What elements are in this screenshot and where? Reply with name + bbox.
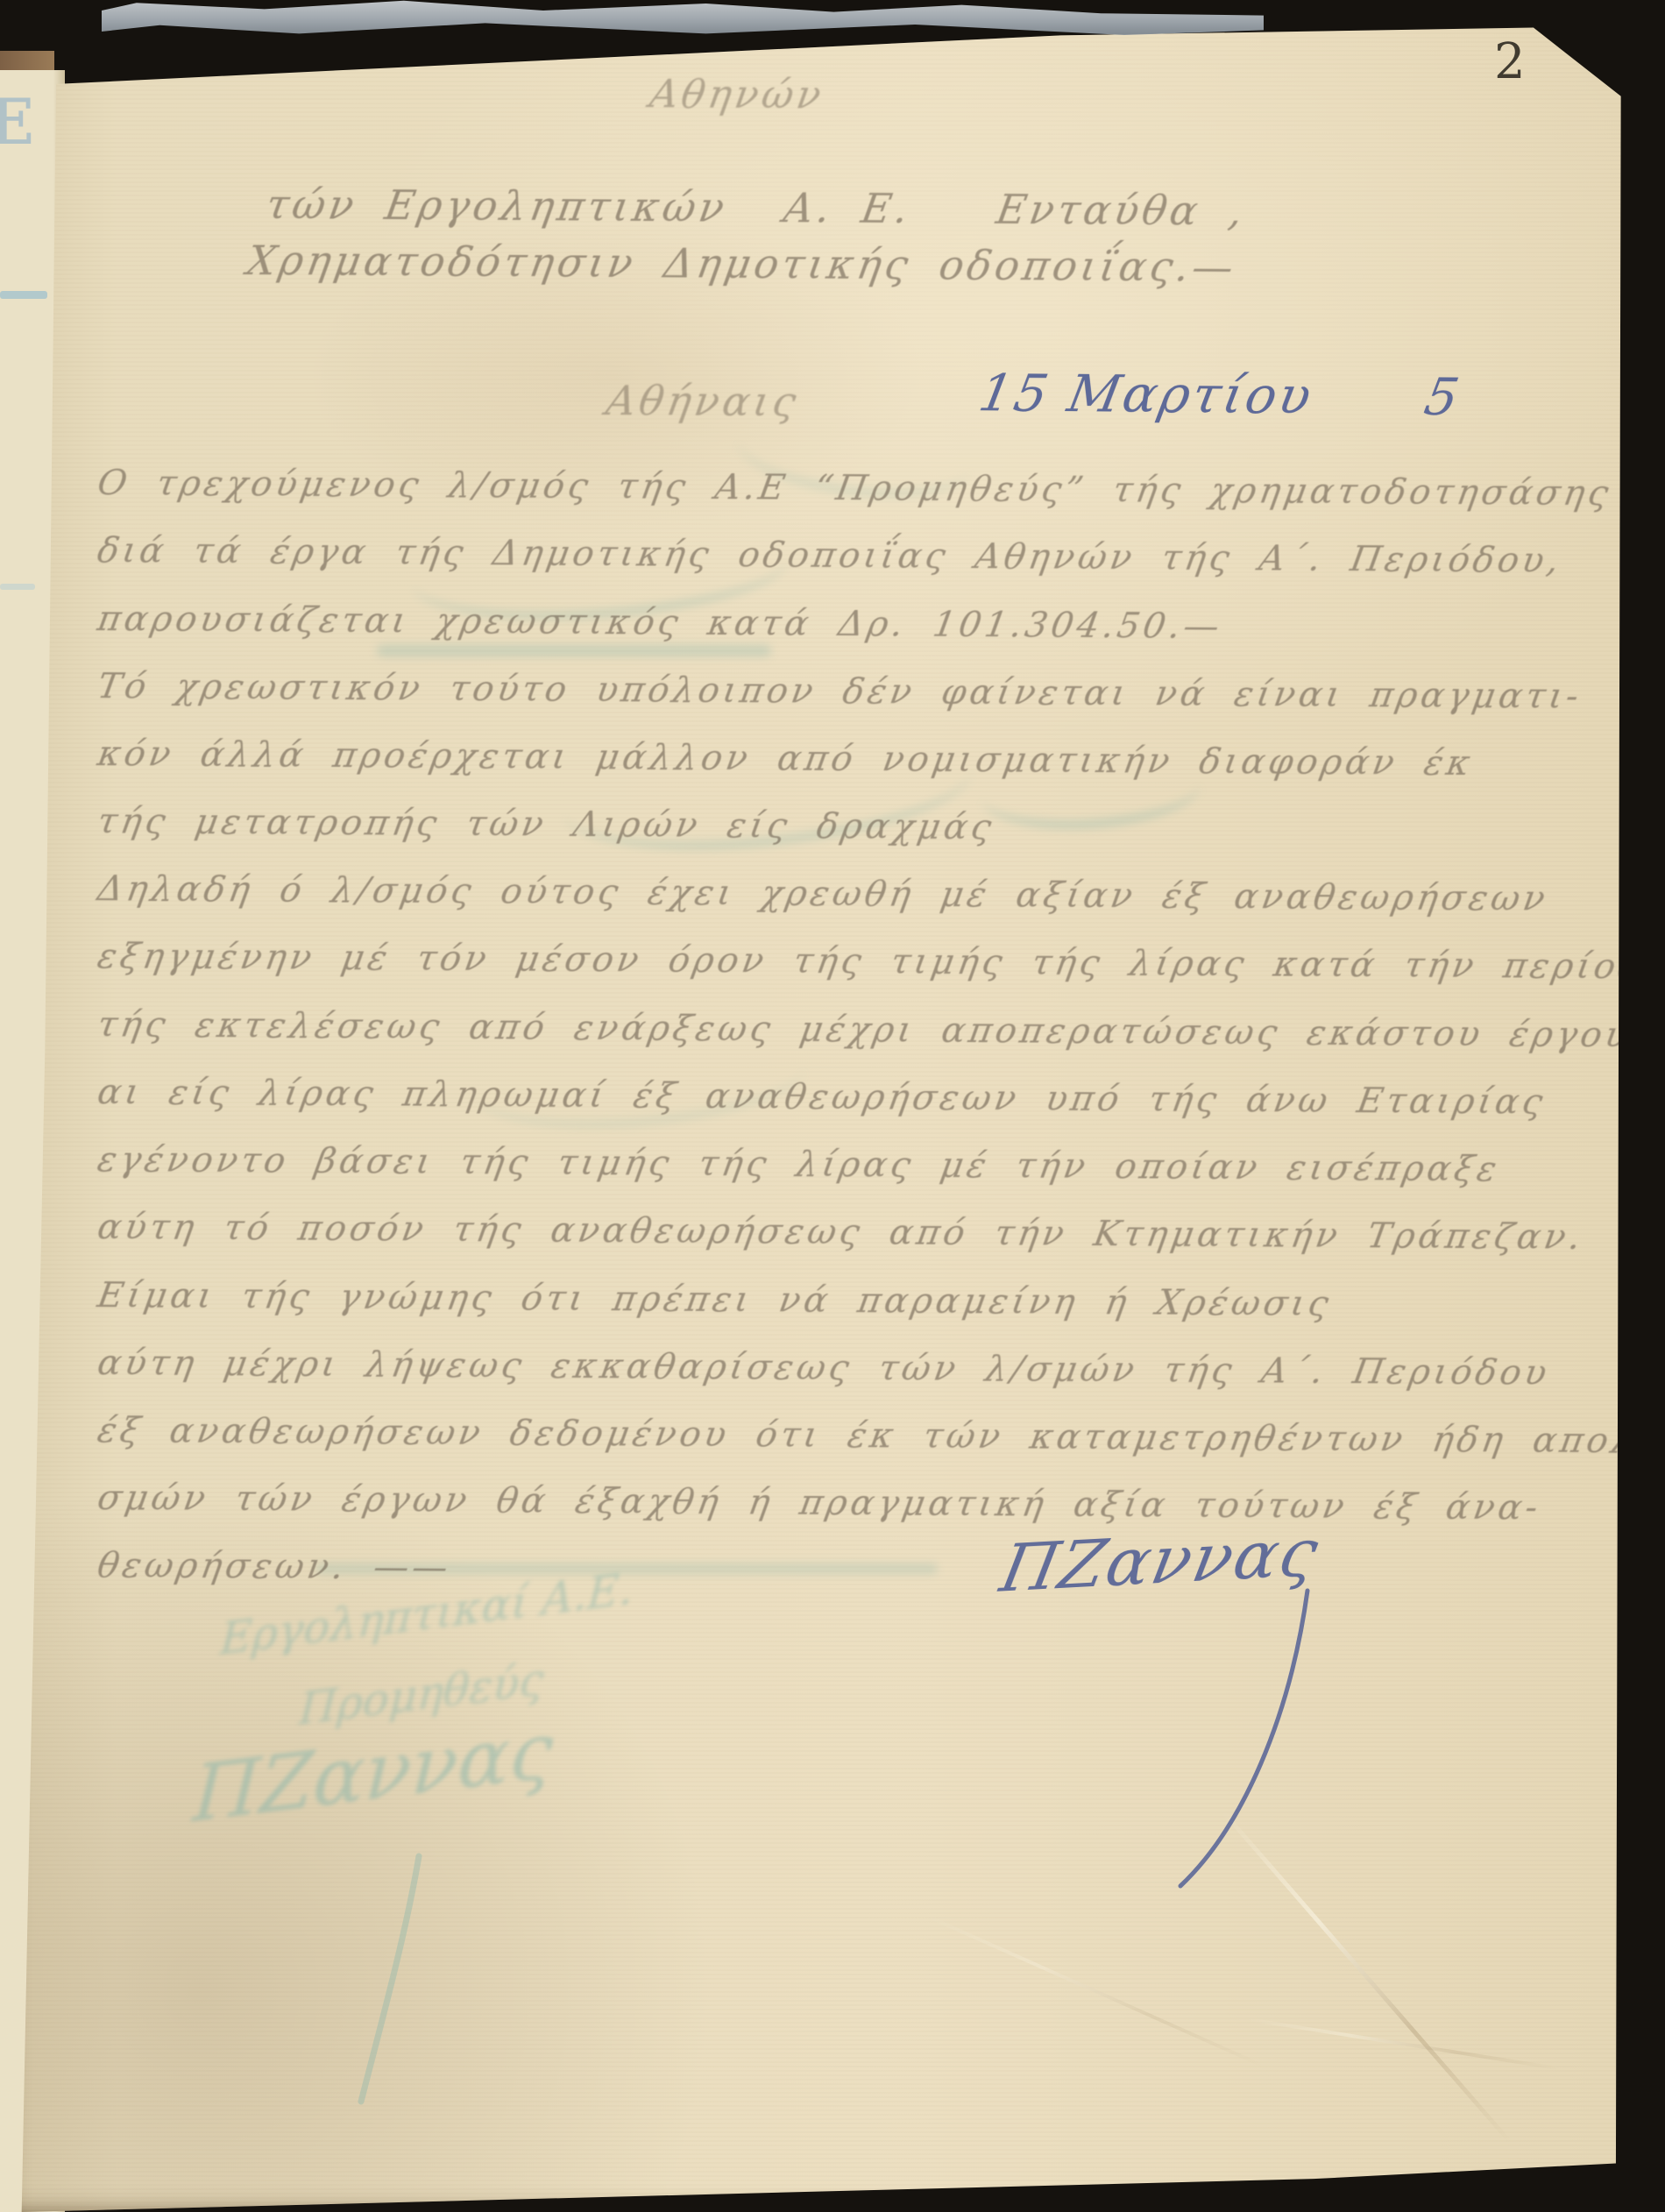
printed-letter-fragment: Ε <box>0 84 31 159</box>
body-line: αι είς λίρας πληρωμαί έξ αναθεωρήσεων υπ… <box>95 1072 1549 1122</box>
body-line: έξ αναθεωρήσεων δεδομένου ότι έκ τών κατ… <box>95 1410 1665 1462</box>
dateline-date: 15 Μαρτίου 5 <box>974 363 1466 427</box>
body-line: θεωρήσεων. —— <box>95 1545 454 1588</box>
body-line: Δηλαδή ό λ/σμός ούτος έχει χρεωθή μέ αξί… <box>95 868 1551 919</box>
body-line: αύτη τό ποσόν τής αναθεωρήσεως από τήν Κ… <box>95 1207 1587 1258</box>
body-line: σμών τών έργων θά έξαχθή ή πραγματική αξ… <box>95 1478 1544 1528</box>
paper-crease <box>926 1915 1264 2067</box>
signature-tail-stroke <box>1180 1591 1307 1886</box>
body-line: διά τά έργα τής Δημοτικής οδοποιΐας Αθην… <box>95 530 1565 581</box>
body-line: Ο τρεχούμενος λ/σμός τής Α.Ε “Προμηθεύς”… <box>95 463 1615 514</box>
scanned-document-background: Ε 2 Αθηνών τών Εργοληπτικών Α. Ε. Ενταύθ… <box>0 0 1665 2212</box>
recipient-line-1: τών Εργοληπτικών Α. Ε. Ενταύθα , <box>263 181 1250 235</box>
page-number-stamp: 2 <box>1494 33 1526 90</box>
blue-dash-mark <box>0 584 35 590</box>
manuscript-page: 2 Αθηνών τών Εργοληπτικών Α. Ε. Ενταύθα … <box>0 0 1665 2212</box>
body-line: παρουσιάζεται χρεωστικός κατά Δρ. 101.30… <box>95 599 1226 647</box>
paper-crease <box>1246 2017 1558 2070</box>
body-line: αύτη μέχρι λήψεως εκκαθαρίσεως τών λ/σμώ… <box>95 1343 1553 1393</box>
body-line: Είμαι τής γνώμης ότι πρέπει νά παραμείνη… <box>95 1275 1335 1324</box>
ink-bleed-tail-stroke <box>361 1856 419 2102</box>
blue-dash-mark <box>0 291 47 299</box>
signature: ΠΖαννας <box>995 1514 1326 1607</box>
body-line: εξηγμένην μέ τόν μέσον όρον τής τιμής τή… <box>95 936 1665 988</box>
ink-smear <box>377 645 771 656</box>
body-line: κόν άλλά προέρχεται μάλλον από νομισματι… <box>95 734 1477 783</box>
dateline-place: Αθήναις <box>603 377 803 425</box>
header-note: Αθηνών <box>647 72 827 117</box>
body-line: εγένοντο βάσει τής τιμής τής λίρας μέ τή… <box>95 1139 1503 1189</box>
tissue-strip <box>102 0 1264 35</box>
recipient-line-2: Χρηματοδότησιν Δημοτικής οδοποιΐας.— <box>244 237 1240 291</box>
body-line: τής μετατροπής τών Λιρών είς δραχμάς <box>95 801 998 847</box>
paper-crease <box>1221 1810 1512 2144</box>
body-line: Τό χρεωστικόν τούτο υπόλοιπον δέν φαίνετ… <box>95 666 1585 717</box>
body-line: τής εκτελέσεως από ενάρξεως μέχρι αποπερ… <box>95 1004 1665 1056</box>
